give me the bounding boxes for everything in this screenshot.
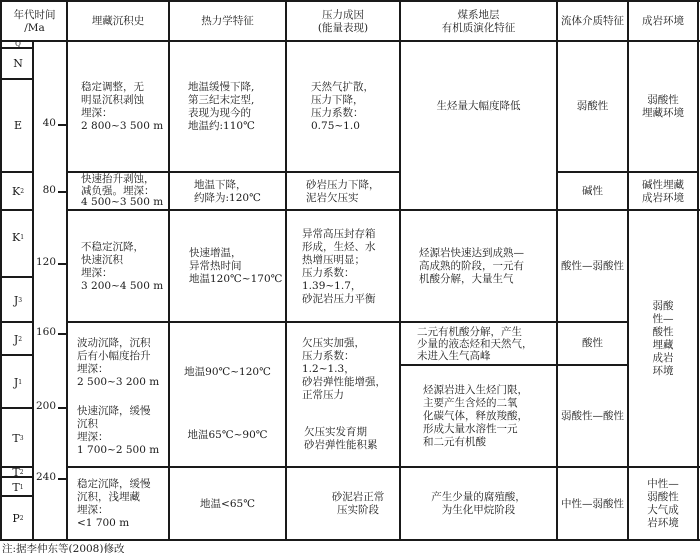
row-divider: [66, 171, 401, 173]
period-divider: [0, 171, 33, 173]
period-divider: [0, 476, 33, 478]
period-n: N: [3, 48, 33, 78]
col-divider: [168, 0, 170, 541]
col-divider: [66, 0, 68, 541]
period-p2: P2: [3, 497, 33, 540]
row-divider: [556, 171, 699, 173]
period-sub: 3: [18, 294, 22, 307]
organic-row-ab: 生烃量大幅度降低: [401, 41, 556, 210]
period-label: K: [12, 231, 20, 244]
period-label: N: [13, 57, 23, 70]
header-thermal: 热力学特征: [170, 2, 285, 41]
tick-mark: [58, 191, 66, 193]
period-k2: K2: [3, 173, 33, 210]
period-j2: J2: [3, 323, 33, 355]
header-organic: 煤系地层 有机质演化特征: [401, 2, 556, 41]
thermal-row-d-lower: 地温65℃~90℃: [170, 403, 285, 467]
fluid-row-b: 碱性: [558, 173, 627, 210]
tick-mark: [58, 263, 66, 265]
tick-label-120: 120: [34, 256, 56, 268]
tick-mark: [58, 333, 66, 335]
header-fluid: 流体介质特征: [558, 2, 627, 41]
burial-row-b: 快速抬升剥蚀， 减负强。埋深： 4 500~3 500 m: [68, 173, 168, 210]
organic-row-c: 烃源岩快速达到成熟— 高成熟的阶段，一元有 机酸分解，大量生气: [401, 211, 556, 322]
fluid-row-a: 弱酸性: [558, 41, 627, 172]
row-divider: [66, 321, 629, 323]
fluid-row-d-upper: 酸性: [558, 323, 627, 364]
pressure-row-d-lower: 欠压实发育期 砂岩弹性能积累: [287, 411, 399, 467]
period-sub: 2: [20, 185, 24, 198]
period-divider: [0, 321, 33, 323]
period-sub: 1: [20, 481, 24, 494]
thermal-row-b: 地温下降， 约降为:120℃: [170, 173, 285, 210]
period-t3: T3: [3, 409, 33, 467]
pressure-row-c: 异常高压封存箱 形成，生烃、水 热增压明显； 压力系数： 1.39~1.7， 砂…: [287, 211, 399, 322]
period-divider: [0, 466, 33, 468]
organic-row-d-upper: 二元有机酸分解，产生 少量的液态烃和天然气， 未进入生气高峰: [401, 323, 556, 364]
header-pressure: 压力成因 (能量表现): [287, 2, 399, 41]
diagenetic-row-a: 弱酸性 埋藏环境: [629, 41, 697, 172]
period-j1: J1: [3, 356, 33, 408]
tick-mark: [58, 124, 66, 126]
border-left: [0, 0, 2, 541]
header-burial: 埋藏沉积史: [68, 2, 168, 41]
period-sub: 1: [20, 231, 24, 244]
diagenetic-row-cd: 弱酸 性— 酸性 埋藏 成岩 环境: [629, 211, 697, 467]
pressure-row-a: 天然气扩散， 压力下降， 压力系数： 0.75~1.0: [287, 41, 399, 172]
header-age: 年代时间 /Ma: [3, 2, 66, 41]
period-label: T: [12, 481, 19, 494]
period-e: E: [3, 79, 33, 172]
border-top: [0, 0, 700, 2]
fluid-row-c: 酸性—弱酸性: [558, 211, 627, 322]
col-divider: [399, 0, 401, 541]
period-sub: 3: [20, 432, 24, 445]
row-divider: [66, 209, 700, 211]
tick-mark: [58, 478, 66, 480]
tick-label-160: 160: [34, 326, 56, 338]
period-divider: [0, 78, 33, 80]
thermal-row-e: 地温<65℃: [170, 468, 285, 540]
burial-row-e: 稳定沉降，缓慢 沉积，浅埋藏 埋深： <1 700 m: [68, 468, 168, 540]
period-j3: J3: [3, 278, 33, 322]
diagenesis-evolution-table: 年代时间 /Ma 埋藏沉积史 热力学特征 压力成因 (能量表现) 煤系地层 有机…: [0, 0, 700, 541]
period-sub: 2: [20, 512, 24, 525]
col-divider: [627, 0, 629, 541]
burial-row-d-lower: 快速沉降，缓慢 沉积 埋深： 1 700~2 500 m: [68, 395, 168, 467]
period-label: E: [14, 119, 22, 132]
period-k1: K1: [3, 211, 33, 277]
pressure-row-d-upper: 欠压实加强， 压力系数： 1.2~1.3， 砂岩弹性能增强， 正常压力: [287, 323, 399, 411]
period-divider: [0, 209, 33, 211]
period-label: K: [12, 185, 20, 198]
pressure-row-e: 砂泥岩正常 压实阶段: [287, 468, 399, 540]
header-diagenetic: 成岩环境: [629, 2, 697, 41]
border-right: [697, 0, 699, 541]
organic-row-e: 产生少量的腐殖酸， 为生化甲烷阶段: [401, 468, 556, 540]
table-caption: 注:据李仲东等(2008)修改: [2, 541, 124, 553]
period-sub: 2: [18, 333, 22, 346]
tick-label-200: 200: [34, 400, 56, 412]
row-divider: [66, 466, 700, 468]
tick-label-240: 240: [34, 471, 56, 483]
burial-row-a: 稳定调整，无 明显沉积剥蚀 埋深： 2 800~3 500 m: [68, 41, 168, 172]
organic-row-d-lower: 烃源岩进入生烃门限， 主要产生含烃的二氧 化碳气体，释放羧酸， 形成大量水溶性一…: [401, 366, 556, 467]
period-divider: [0, 354, 33, 356]
period-sub: 1: [18, 376, 22, 389]
diagenetic-row-e: 中性— 弱酸性 大气成 岩环境: [629, 468, 697, 540]
period-divider: [0, 47, 33, 49]
tick-label-40: 40: [34, 117, 56, 129]
tick-mark: [58, 407, 66, 409]
period-label: T: [12, 432, 19, 445]
period-label: P: [12, 512, 19, 525]
header-divider: [0, 40, 700, 42]
diagenetic-row-b: 碱性埋藏 成岩环境: [629, 173, 697, 210]
fluid-row-e: 中性—弱酸性: [558, 468, 627, 540]
thermal-row-d-upper: 地温90℃~120℃: [170, 323, 285, 403]
pressure-row-b: 砂岩压力下降， 泥岩欠压实: [287, 173, 399, 210]
period-t1: T1: [3, 478, 33, 496]
fluid-row-d-lower: 弱酸性—酸性: [558, 366, 627, 467]
burial-row-d-upper: 波动沉降，沉积 后有小幅度抬升 埋深： 2 500~3 200 m: [68, 323, 168, 395]
period-divider: [0, 276, 33, 278]
thermal-row-c: 快速增温， 异常热时间 地温120℃~170℃: [170, 211, 285, 322]
col-divider: [556, 0, 558, 541]
col-divider: [285, 0, 287, 541]
thermal-row-a: 地温缓慢下降, 第三纪末定型, 表现为现今的 地温约:110℃: [170, 41, 285, 172]
tick-label-80: 80: [34, 184, 56, 196]
period-divider: [0, 495, 33, 497]
row-divider: [399, 364, 629, 366]
period-divider: [0, 407, 33, 409]
burial-row-c: 不稳定沉降， 快速沉积 埋深： 3 200~4 500 m: [68, 211, 168, 322]
